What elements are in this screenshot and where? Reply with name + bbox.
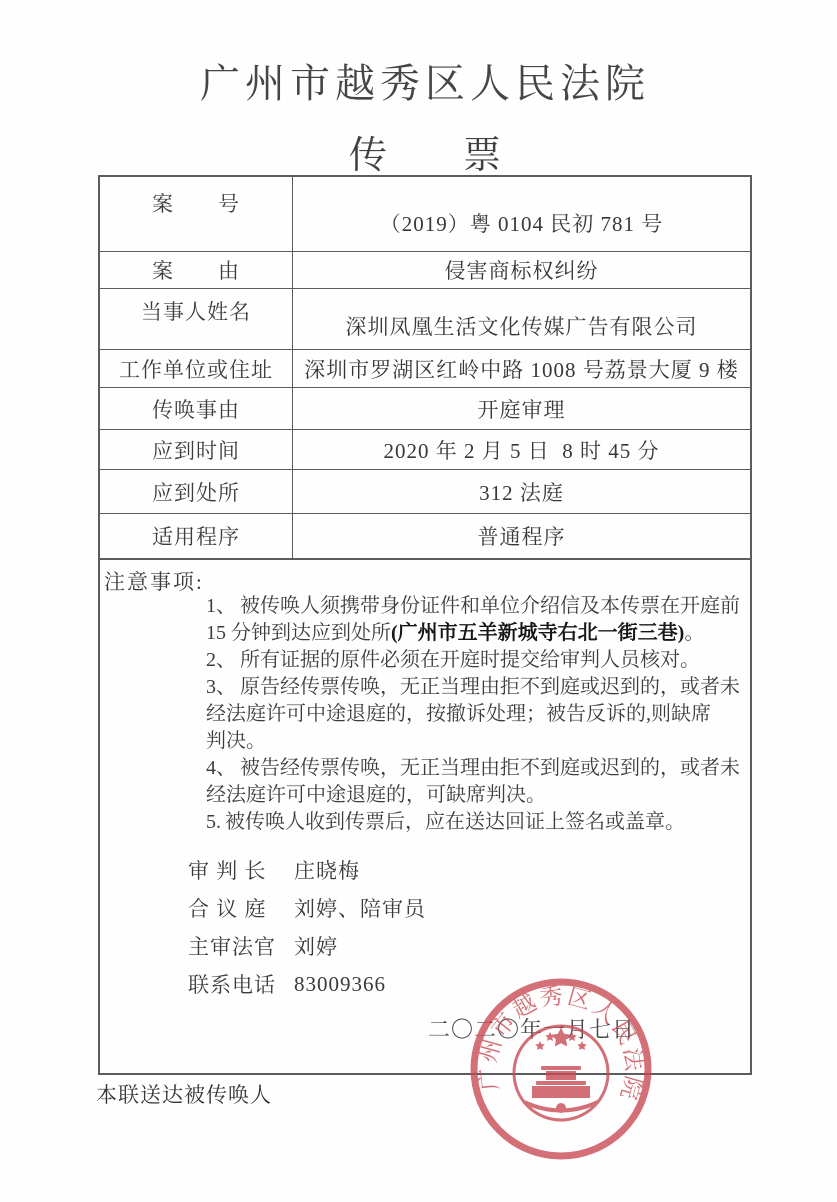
note-text: 。 — [684, 622, 704, 644]
notes-list: 1、被传唤人须携带身份证件和单位介绍信及本传票在开庭前 15 分钟到达应到处所(… — [206, 593, 766, 836]
table-row-address: 工作单位或住址 深圳市罗湖区红岭中路 1008 号荔景大厦 9 楼 — [100, 349, 750, 387]
row-label: 传唤事由 — [100, 388, 293, 429]
row-label: 应到处所 — [100, 470, 293, 513]
table-row-summon-reason: 传唤事由 开庭审理 — [100, 387, 750, 429]
note-item-3: 3、原告经传票传唤，无正当理由拒不到庭或迟到的，或者未 经法庭许可中途退庭的，按… — [206, 674, 766, 755]
official-row-collegiate-bench: 合 议 庭 刘婷、陪审员 — [188, 889, 426, 927]
row-value: 开庭审理 — [293, 388, 750, 429]
row-label: 工作单位或住址 — [100, 350, 293, 387]
copy-recipient-note: 本联送达被传唤人 — [96, 1079, 272, 1109]
court-seal: 广州市越秀区人民法院 — [466, 974, 656, 1164]
row-value: 深圳市罗湖区红岭中路 1008 号荔景大厦 9 楼 — [293, 350, 750, 387]
national-emblem-icon — [514, 1026, 608, 1120]
court-summons-document: 广州市越秀区人民法院 传 票 案 号 （2019）粤 0104 民初 781 号… — [0, 0, 837, 1202]
official-label: 联系电话 — [188, 969, 280, 999]
table-row-arrival-time: 应到时间 2020 年 2 月 5 日 8 时 45 分 — [100, 429, 750, 469]
table-row-arrival-place: 应到处所 312 法庭 — [100, 469, 750, 513]
note-item-4: 4、被告经传票传唤，无正当理由拒不到庭或迟到的，或者未 经法庭许可中途退庭的，可… — [206, 755, 766, 809]
summons-title: 传 票 — [98, 124, 752, 179]
row-value: 312 法庭 — [293, 470, 750, 513]
note-text: 经法庭许可中途退庭的，按撤诉处理；被告反诉的,则缺席 — [206, 701, 766, 728]
official-value: 刘婷 — [294, 931, 338, 961]
small-star-icon — [535, 1041, 545, 1050]
row-value: 深圳凤凰生活文化传媒广告有限公司 — [293, 289, 750, 349]
official-value: 刘婷、陪审员 — [294, 893, 426, 923]
row-value: （2019）粤 0104 民初 781 号 — [293, 177, 750, 251]
table-row-procedure: 适用程序 普通程序 — [100, 513, 750, 558]
row-value: 侵害商标权纠纷 — [293, 252, 750, 288]
note-number: 3、 — [206, 676, 236, 698]
official-label: 主审法官 — [188, 931, 280, 961]
note-text: 被告经传票传唤，无正当理由拒不到庭或迟到的，或者未 — [240, 757, 740, 779]
row-label: 应到时间 — [100, 430, 293, 469]
note-number: 4、 — [206, 757, 236, 779]
note-text: 15 分钟到达应到处所 — [206, 622, 391, 644]
table-row-party-name: 当事人姓名 深圳凤凰生活文化传媒广告有限公司 — [100, 288, 750, 349]
row-label: 适用程序 — [100, 514, 293, 558]
official-row-contact-phone: 联系电话 83009366 — [188, 965, 426, 1003]
note-text: 所有证据的原件必须在开庭时提交给审判人员核对。 — [240, 649, 700, 671]
note-text: 经法庭许可中途退庭的，可缺席判决。 — [206, 782, 766, 809]
court-address-bold: (广州市五羊新城寺右北一街三巷) — [391, 622, 684, 644]
official-value: 庄晓梅 — [294, 855, 360, 885]
big-star-icon — [551, 1028, 571, 1047]
small-star-icon — [577, 1041, 587, 1050]
court-name-title: 广州市越秀区人民法院 — [98, 52, 752, 109]
note-item-5: 5.被传唤人收到传票后，应在送达回证上签名或盖章。 — [206, 809, 766, 836]
note-number: 5. — [206, 811, 221, 833]
tiananmen-icon — [532, 1066, 590, 1098]
small-star-icon — [545, 1032, 555, 1041]
note-number: 2、 — [206, 649, 236, 671]
row-label: 案 由 — [100, 252, 293, 288]
note-item-1: 1、被传唤人须携带身份证件和单位介绍信及本传票在开庭前 15 分钟到达应到处所(… — [206, 593, 766, 647]
note-text: 被传唤人收到传票后，应在送达回证上签名或盖章。 — [225, 811, 685, 833]
table-row-case-number: 案 号 （2019）粤 0104 民初 781 号 — [100, 177, 750, 251]
table-row-cause: 案 由 侵害商标权纠纷 — [100, 251, 750, 288]
note-item-2: 2、所有证据的原件必须在开庭时提交给审判人员核对。 — [206, 647, 766, 674]
row-label: 案 号 — [100, 177, 293, 251]
official-label: 审 判 长 — [188, 855, 280, 885]
official-row-presiding-judge: 审 判 长 庄晓梅 — [188, 851, 426, 889]
note-text: 判决。 — [206, 728, 766, 755]
row-value: 普通程序 — [293, 514, 750, 558]
notes-heading: 注意事项: — [104, 566, 204, 596]
row-label: 当事人姓名 — [100, 289, 293, 349]
summons-table: 案 号 （2019）粤 0104 民初 781 号 案 由 侵害商标权纠纷 当事… — [98, 175, 752, 560]
official-row-trial-judge: 主审法官 刘婷 — [188, 927, 426, 965]
official-value: 83009366 — [294, 972, 386, 997]
note-number: 1、 — [206, 595, 236, 617]
gear-icon — [556, 1103, 566, 1113]
officials-block: 审 判 长 庄晓梅 合 议 庭 刘婷、陪审员 主审法官 刘婷 联系电话 8300… — [188, 851, 426, 1003]
note-text: 被传唤人须携带身份证件和单位介绍信及本传票在开庭前 — [240, 595, 740, 617]
note-text: 原告经传票传唤，无正当理由拒不到庭或迟到的，或者未 — [240, 676, 740, 698]
row-value: 2020 年 2 月 5 日 8 时 45 分 — [293, 430, 750, 469]
official-label: 合 议 庭 — [188, 893, 280, 923]
small-star-icon — [567, 1032, 577, 1041]
